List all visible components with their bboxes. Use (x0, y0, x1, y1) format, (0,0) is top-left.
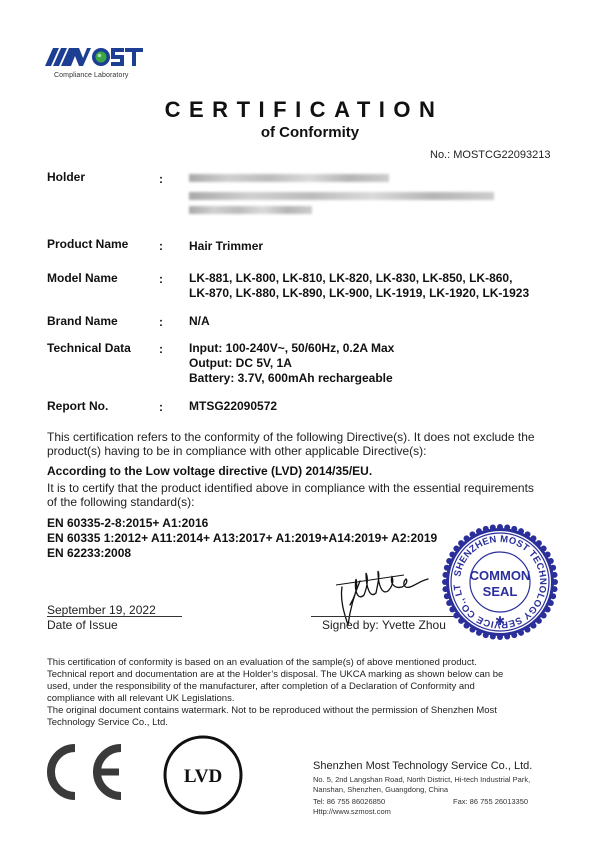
product-name-value: Hair Trimmer (189, 239, 263, 254)
holder-colon: : (159, 172, 163, 186)
standard-item: EN 60335 1:2012+ A11:2014+ A13:2017+ A1:… (47, 531, 437, 546)
date-divider (47, 616, 182, 617)
technical-data-value: Input: 100-240V~, 50/60Hz, 0.2A Max Outp… (189, 341, 394, 386)
directive-statement: According to the Low voltage directive (… (47, 464, 372, 478)
certify-text: It is to certify that the product identi… (47, 481, 547, 509)
technical-data-colon: : (159, 342, 163, 356)
signed-by: Signed by: Yvette Zhou (322, 618, 446, 632)
company-website[interactable]: Http://www.szmost.com (313, 807, 391, 817)
lvd-mark-icon: LVD (162, 734, 244, 816)
standard-item: EN 60335-2-8:2015+ A1:2016 (47, 516, 437, 531)
company-name: Shenzhen Most Technology Service Co., Lt… (313, 760, 532, 772)
brand-name-value: N/A (189, 314, 210, 329)
signature-divider (311, 616, 461, 617)
svg-text:LVD: LVD (184, 766, 222, 787)
company-tel: Tel: 86 755 86026850 (313, 797, 385, 807)
company-seal-icon: SHENZHEN MOST TECHNOLOGY SERVICE CO., LT… (440, 522, 560, 642)
brand-name-label: Brand Name (47, 314, 118, 328)
company-fax: Fax: 86 755 26013350 (453, 797, 528, 807)
svg-text:✱: ✱ (495, 614, 505, 628)
certificate-number: No.: MOSTCG22093213 (430, 149, 550, 161)
model-name-colon: : (159, 272, 163, 286)
issue-date: September 19, 2022 (47, 603, 156, 617)
certificate-title: CERTIFICATION (0, 97, 600, 123)
product-name-colon: : (159, 239, 163, 253)
model-name-value: LK-881, LK-800, LK-810, LK-820, LK-830, … (189, 271, 529, 301)
logo-subtitle: Compliance Laboratory (54, 72, 128, 79)
standard-item: EN 62233:2008 (47, 546, 437, 561)
company-address-line1: No. 5, 2nd Langshan Road, North District… (313, 775, 530, 785)
svg-text:COMMON: COMMON (470, 568, 531, 583)
report-no-label: Report No. (47, 399, 108, 413)
svg-text:SEAL: SEAL (483, 584, 518, 599)
footer-notice: This certification of conformity is base… (47, 657, 567, 729)
report-no-colon: : (159, 400, 163, 414)
model-name-label: Model Name (47, 271, 118, 285)
report-no-value: MTSG22090572 (189, 399, 277, 414)
brand-name-colon: : (159, 315, 163, 329)
ce-mark-icon (45, 742, 125, 802)
technical-data-label: Technical Data (47, 341, 131, 355)
issue-date-label: Date of Issue (47, 618, 118, 632)
standards-list: EN 60335-2-8:2015+ A1:2016 EN 60335 1:20… (47, 516, 437, 561)
company-address-line2: Nanshan, Shenzhen, Guangdong, China (313, 785, 448, 795)
holder-label: Holder (47, 170, 85, 184)
certificate-subtitle: of Conformity (0, 124, 600, 141)
product-name-label: Product Name (47, 237, 128, 251)
directive-intro: This certification refers to the conform… (47, 430, 557, 458)
